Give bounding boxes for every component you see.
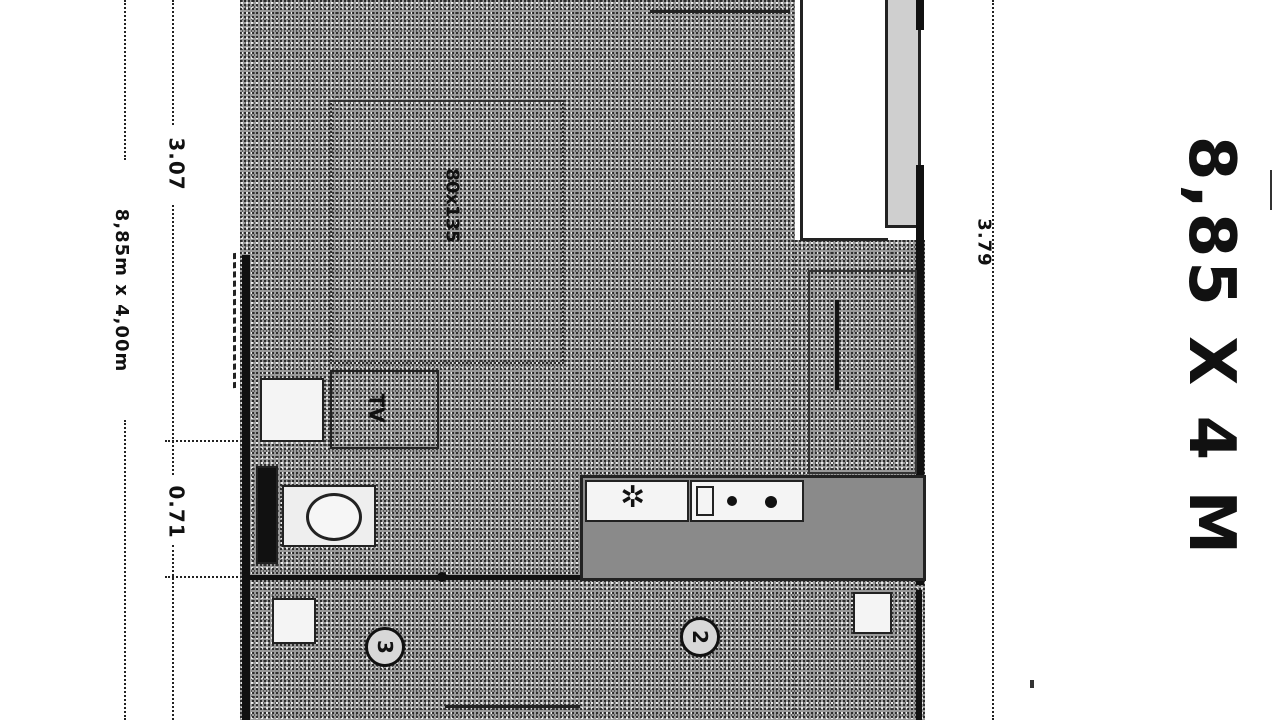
partition-post xyxy=(437,572,447,582)
dimension-line-right xyxy=(992,0,994,720)
dimension-line-inner-left-2 xyxy=(172,205,174,475)
plan-title: 8,85 X 4 M xyxy=(1174,136,1248,558)
balcony-area xyxy=(800,0,888,241)
fan-icon: ✲ xyxy=(620,482,645,514)
wall-left xyxy=(242,255,250,720)
stove-knob-panel xyxy=(696,486,714,516)
wardrobe-divider xyxy=(835,300,839,390)
door-swing-left xyxy=(205,253,236,392)
dimension-line-inner-left-3 xyxy=(172,545,174,720)
dimension-tick-2 xyxy=(165,576,245,578)
cabinet-box xyxy=(260,378,324,442)
dimension-tick-1 xyxy=(165,440,245,442)
wardrobe xyxy=(808,270,917,474)
small-fixture-right xyxy=(853,592,892,634)
room-number-3: 3 xyxy=(365,627,405,667)
scan-mark-2 xyxy=(1030,680,1034,688)
room-number-2: 2 xyxy=(680,617,720,657)
wall-right-upper xyxy=(916,0,924,30)
scan-mark xyxy=(1270,170,1272,210)
dimension-line-outer-left-lower xyxy=(124,420,126,720)
radiator-icon xyxy=(256,466,278,564)
bottom-door-frame xyxy=(445,705,580,718)
burner-icon-1 xyxy=(727,496,737,506)
dimension-left-upper: 3.07 xyxy=(165,137,189,190)
wall-right-lower xyxy=(916,590,922,720)
overall-dimensions-label: 8,85m x 4,00m xyxy=(111,209,132,372)
dimension-left-middle: 0.71 xyxy=(165,485,189,538)
dimension-line-inner-left xyxy=(172,0,174,125)
burner-icon-2 xyxy=(765,496,777,508)
tv-label: TV xyxy=(365,393,389,422)
bed-outline xyxy=(330,100,564,364)
small-fixture-left xyxy=(272,598,316,644)
dimension-line-outer-left xyxy=(124,0,126,160)
toilet-icon xyxy=(282,485,376,547)
top-door-frame xyxy=(650,0,790,13)
